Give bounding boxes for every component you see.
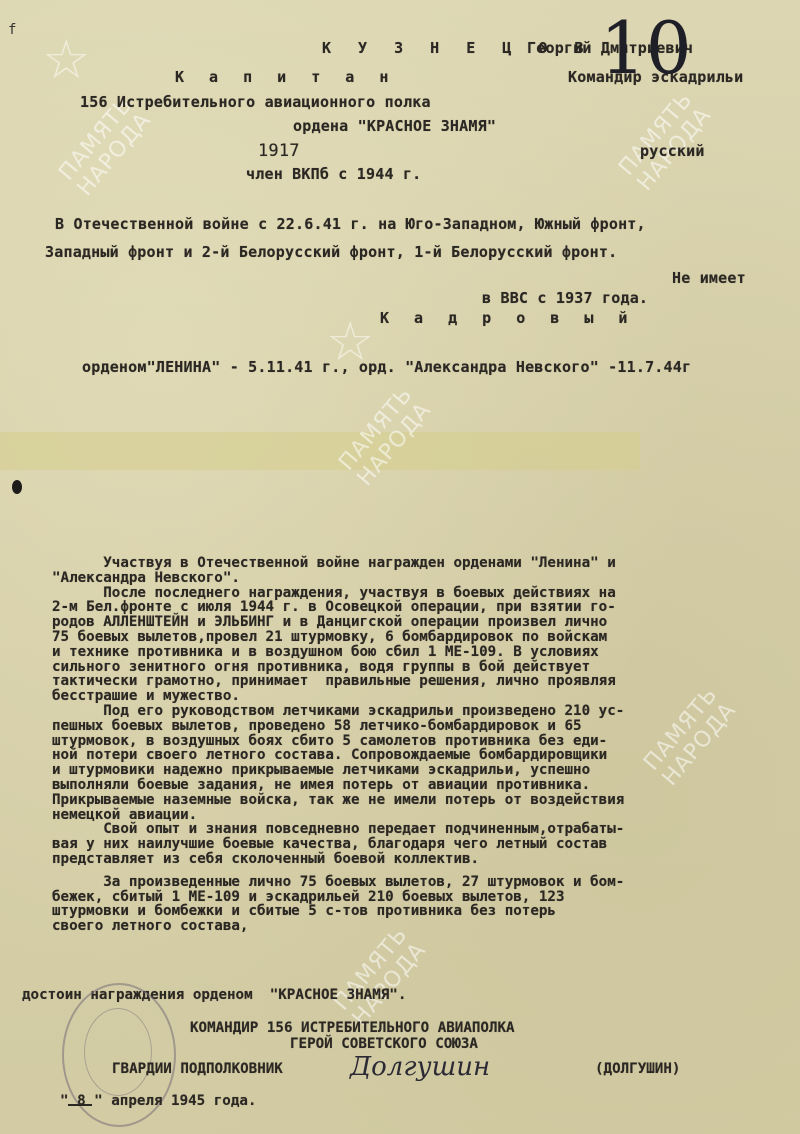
narrative-line: Под его руководством летчиками эскадриль…: [52, 704, 624, 719]
narrative-line: 75 боевых вылетов,провел 21 штурмовку, 6…: [52, 630, 607, 645]
conclusion: достоин награждения орденом "КРАСНОЕ ЗНА…: [22, 988, 406, 1003]
narrative-line: бесстрашие и мужество.: [52, 689, 240, 704]
narrative-line: За произведенные лично 75 боевых вылетов…: [52, 875, 624, 890]
narrative-line: и технике противника и в воздушном бою с…: [52, 645, 599, 660]
party-membership: член ВКПб с 1944 г.: [246, 166, 421, 182]
narrative-line: После последнего награждения, участвуя в…: [52, 586, 616, 601]
prior-awards: орденом"ЛЕНИНА" - 5.11.41 г., орд. "Алек…: [82, 359, 691, 375]
signatory-name: (ДОЛГУШИН): [595, 1062, 680, 1077]
punch-hole: [12, 480, 22, 494]
war-participation-line1: В Отечественной войне с 22.6.41 г. на Юг…: [55, 216, 646, 232]
nationality: русский: [640, 143, 705, 159]
narrative-line: Прикрываемые наземные войска, так же не …: [52, 793, 624, 808]
narrative-line: представляет из себя сколоченный боевой …: [52, 852, 479, 867]
narrative-line: "Александра Невского".: [52, 571, 240, 586]
highlight-band: [0, 432, 640, 470]
in-army-since: в ВВС с 1937 года.: [482, 290, 648, 306]
narrative-line: ной потери своего летного состава. Сопро…: [52, 748, 607, 763]
narrative-line: пешных боевых вылетов, проведено 58 летч…: [52, 719, 582, 734]
narrative-line: тактически грамотно, принимает правильны…: [52, 674, 616, 689]
unit-line1: 156 Истребительного авиационного полка: [80, 94, 431, 110]
rank: К а п и т а н: [175, 69, 396, 85]
narrative-line: сильного зенитного огня противника, водя…: [52, 660, 590, 675]
narrative-line: бежек, сбитый 1 МЕ-109 и эскадрильей 210…: [52, 890, 565, 905]
narrative-line: вая у них наилучшие боевые качества, бла…: [52, 837, 607, 852]
official-stamp-emblem: [84, 1008, 152, 1096]
wounds: Не имеет: [672, 270, 746, 286]
unit-line2: ордена "КРАСНОЕ ЗНАМЯ": [293, 118, 496, 134]
narrative-line: Участвуя в Отечественной войне награжден…: [52, 556, 616, 571]
handwritten-number: 10: [600, 12, 692, 84]
narrative-line: штурмовок, в воздушных боях сбито 5 само…: [52, 734, 607, 749]
watermark: ПАМЯТЬ НАРОДА: [640, 683, 741, 791]
watermark-star-icon: ☆: [42, 28, 90, 91]
document-date: " 8 " апреля 1945 года.: [60, 1094, 256, 1109]
birth-year: 1917: [258, 143, 300, 159]
corner-mark: f: [8, 22, 16, 38]
narrative-line: выполняли боевые задания, не имея потерь…: [52, 778, 590, 793]
narrative-line: своего летного состава,: [52, 919, 248, 934]
handwritten-signature: Долгушин: [350, 1052, 490, 1082]
cadre-status: К а д р о в ы й: [380, 310, 635, 326]
narrative-line: Свой опыт и знания повседневно передает …: [52, 822, 624, 837]
signatory-rank: ГВАРДИИ ПОДПОЛКОВНИК: [112, 1062, 283, 1077]
signatory-title: КОМАНДИР 156 ИСТРЕБИТЕЛЬНОГО АВИАПОЛКА: [190, 1021, 515, 1036]
date-underline: [68, 1104, 92, 1106]
award-sheet-page: ☆ ПАМЯТЬ НАРОДА ПАМЯТЬ НАРОДА ☆ ПАМЯТЬ Н…: [0, 0, 800, 1134]
signatory-honor: ГЕРОЙ СОВЕТСКОГО СОЮЗА: [290, 1037, 478, 1052]
narrative-line: и штурмовики надежно прикрываемые летчик…: [52, 763, 590, 778]
narrative-line: штурмовки и бомбежки и сбитые 5 с-тов пр…: [52, 904, 556, 919]
narrative-line: родов АЛЛЕНШТЕЙН и ЭЛЬБИНГ и в Данцигско…: [52, 615, 607, 630]
war-participation-line2: Западный фронт и 2-й Белорусский фронт, …: [45, 244, 617, 260]
narrative-line: 2-м Бел.фронте с июля 1944 г. в Осовецко…: [52, 600, 616, 615]
narrative-line: немецкой авиации.: [52, 808, 197, 823]
watermark: ПАМЯТЬ НАРОДА: [330, 923, 431, 1031]
